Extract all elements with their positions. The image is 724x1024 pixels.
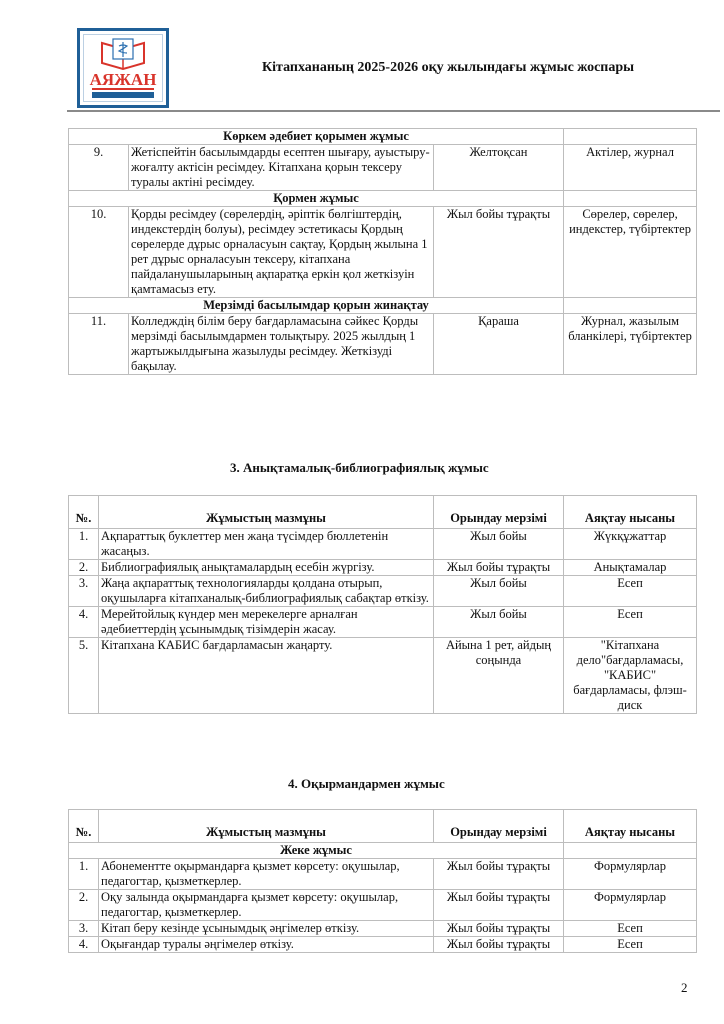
row-completion-form: Есеп xyxy=(564,576,697,607)
table-row: 11.Колледждің білім беру бағдарламасына … xyxy=(69,314,697,375)
row-content: Жаңа ақпараттық технологияларды қолдана … xyxy=(99,576,434,607)
svg-text:АЯЖАН: АЯЖАН xyxy=(90,70,157,89)
row-completion-form: Жүкқұжаттар xyxy=(564,529,697,560)
row-deadline: Жыл бойы xyxy=(434,576,564,607)
section-title: Мерзімді басылымдар қорын жинақтау xyxy=(69,298,564,314)
table-row: 9.Жетіспейтін басылымдарды есептен шығар… xyxy=(69,145,697,191)
section-row: Көркем әдебиет қорымен жұмыс xyxy=(69,129,697,145)
row-content: Библиографиялық анықтамалардың есебін жү… xyxy=(99,560,434,576)
subsection-row: Жеке жұмыс xyxy=(69,843,697,859)
header-divider xyxy=(67,110,720,112)
section-3-heading: 3. Анықтамалық-библиографиялық жұмыс xyxy=(230,460,489,476)
readers-work-table: №. Жұмыстың мазмұны Орындау мерзімі Аяқт… xyxy=(68,809,697,953)
row-content: Кітап беру кезінде ұсынымдық әңгімелер ө… xyxy=(99,921,434,937)
row-deadline: Жыл бойы тұрақты xyxy=(434,859,564,890)
section-title: Көркем әдебиет қорымен жұмыс xyxy=(69,129,564,145)
row-deadline: Жыл бойы тұрақты xyxy=(434,207,564,298)
table-row: 10.Қорды ресімдеу (сөрелердің, әріптік б… xyxy=(69,207,697,298)
empty-cell xyxy=(564,129,697,145)
row-content: Жетіспейтін басылымдарды есептен шығару,… xyxy=(129,145,434,191)
row-number: 9. xyxy=(69,145,129,191)
row-deadline: Жыл бойы тұрақты xyxy=(434,921,564,937)
book-emblem-icon: АЯЖАН xyxy=(80,31,166,105)
row-completion-form: Сөрелер, сөрелер, индекстер, түбіртектер xyxy=(564,207,697,298)
table-row: 3.Кітап беру кезінде ұсынымдық әңгімелер… xyxy=(69,921,697,937)
empty-cell xyxy=(564,298,697,314)
row-content: Оқу залында оқырмандарға қызмет көрсету:… xyxy=(99,890,434,921)
row-completion-form: "Кітапхана дело"бағдарламасы, "КАБИС" ба… xyxy=(564,638,697,714)
table-row: 4.Мерейтойлық күндер мен мерекелерге арн… xyxy=(69,607,697,638)
row-content: Мерейтойлық күндер мен мерекелерге арнал… xyxy=(99,607,434,638)
table-row: 3.Жаңа ақпараттық технологияларды қолдан… xyxy=(69,576,697,607)
row-number: 4. xyxy=(69,937,99,953)
row-content: Оқығандар туралы әңгімелер өткізу. xyxy=(99,937,434,953)
row-completion-form: Анықтамалар xyxy=(564,560,697,576)
row-completion-form: Журнал, жазылым бланкілері, түбіртектер xyxy=(564,314,697,375)
row-number: 3. xyxy=(69,576,99,607)
section-row: Мерзімді басылымдар қорын жинақтау xyxy=(69,298,697,314)
row-number: 3. xyxy=(69,921,99,937)
table-row: 1.Ақпараттық буклеттер мен жаңа түсімдер… xyxy=(69,529,697,560)
column-header-content: Жұмыстың мазмұны xyxy=(99,810,434,843)
column-header-deadline: Орындау мерзімі xyxy=(434,496,564,529)
section-title: Қормен жұмыс xyxy=(69,191,564,207)
row-content: Қорды ресімдеу (сөрелердің, әріптік бөлг… xyxy=(129,207,434,298)
column-header-completion-form: Аяқтау нысаны xyxy=(564,496,697,529)
row-number: 11. xyxy=(69,314,129,375)
row-number: 10. xyxy=(69,207,129,298)
empty-cell xyxy=(564,843,697,859)
document-header-title: Кітапхананың 2025-2026 оқу жылындағы жұм… xyxy=(262,60,634,76)
row-number: 2. xyxy=(69,890,99,921)
row-number: 1. xyxy=(69,529,99,560)
row-deadline: Жыл бойы xyxy=(434,529,564,560)
row-deadline: Қараша xyxy=(434,314,564,375)
row-completion-form: Есеп xyxy=(564,921,697,937)
row-content: Ақпараттық буклеттер мен жаңа түсімдер б… xyxy=(99,529,434,560)
row-completion-form: Актілер, журнал xyxy=(564,145,697,191)
row-deadline: Жыл бойы тұрақты xyxy=(434,937,564,953)
row-deadline: Айына 1 рет, айдың соңында xyxy=(434,638,564,714)
table-row: 5.Кітапхана КАБИС бағдарламасын жаңарту.… xyxy=(69,638,697,714)
column-header-completion-form: Аяқтау нысаны xyxy=(564,810,697,843)
section-4-heading: 4. Оқырмандармен жұмыс xyxy=(288,776,445,792)
table-row: 1.Абонементте оқырмандарға қызмет көрсет… xyxy=(69,859,697,890)
row-completion-form: Есеп xyxy=(564,607,697,638)
column-header-content: Жұмыстың мазмұны xyxy=(99,496,434,529)
row-content: Колледждің білім беру бағдарламасына сәй… xyxy=(129,314,434,375)
empty-cell xyxy=(564,191,697,207)
college-logo: АЯЖАН xyxy=(77,28,169,108)
column-header-deadline: Орындау мерзімі xyxy=(434,810,564,843)
row-number: 2. xyxy=(69,560,99,576)
row-deadline: Жыл бойы xyxy=(434,607,564,638)
row-completion-form: Есеп xyxy=(564,937,697,953)
table-row: 2.Библиографиялық анықтамалардың есебін … xyxy=(69,560,697,576)
library-fund-table: Көркем әдебиет қорымен жұмыс9.Жетіспейті… xyxy=(68,128,697,375)
reference-bibliography-table: №. Жұмыстың мазмұны Орындау мерзімі Аяқт… xyxy=(68,495,697,714)
section-row: Қормен жұмыс xyxy=(69,191,697,207)
row-content: Кітапхана КАБИС бағдарламасын жаңарту. xyxy=(99,638,434,714)
subsection-title: Жеке жұмыс xyxy=(69,843,564,859)
column-header-number: №. xyxy=(69,810,99,843)
row-number: 1. xyxy=(69,859,99,890)
row-deadline: Желтоқсан xyxy=(434,145,564,191)
table-row: 4.Оқығандар туралы әңгімелер өткізу.Жыл … xyxy=(69,937,697,953)
column-header-number: №. xyxy=(69,496,99,529)
row-completion-form: Формулярлар xyxy=(564,890,697,921)
row-number: 4. xyxy=(69,607,99,638)
row-number: 5. xyxy=(69,638,99,714)
row-deadline: Жыл бойы тұрақты xyxy=(434,890,564,921)
row-deadline: Жыл бойы тұрақты xyxy=(434,560,564,576)
table-row: 2.Оқу залында оқырмандарға қызмет көрсет… xyxy=(69,890,697,921)
row-content: Абонементте оқырмандарға қызмет көрсету:… xyxy=(99,859,434,890)
row-completion-form: Формулярлар xyxy=(564,859,697,890)
page-number: 2 xyxy=(681,980,688,996)
